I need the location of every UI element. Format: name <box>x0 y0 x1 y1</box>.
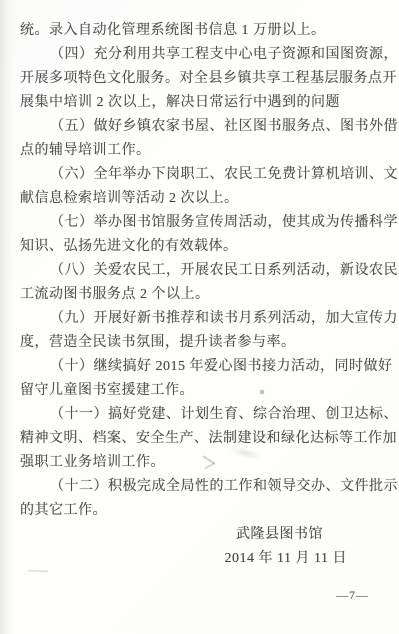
scan-edge-shadow <box>0 0 14 634</box>
doc-line: 开展多项特色文化服务。对全县乡镇共享工程基层服务点开 <box>20 67 380 91</box>
doc-line: 度，营造全民读书氛围，提升读者参与率。 <box>20 331 380 355</box>
doc-line: （四）充分利用共享工程支中心电子资源和国图资源， <box>20 43 380 67</box>
scanned-document-page: 统。录入自动化管理系统图书信息 1 万册以上。 （四）充分利用共享工程支中心电子… <box>0 0 399 634</box>
doc-line: （十）继续搞好 2015 年爱心图书接力活动，同时做好 <box>20 355 380 379</box>
doc-line: 工流动图书服务点 2 个以上。 <box>20 283 380 307</box>
page-number: —7— <box>336 588 369 603</box>
doc-line: （十一）搞好党建、计划生育、综合治理、创卫达标、 <box>20 403 380 427</box>
doc-line: （九）开展好新书推荐和读书月系列活动，加大宣传力 <box>20 307 380 331</box>
doc-line: 献信息检索培训等活动 2 次以上。 <box>20 187 380 211</box>
doc-line: 的其它工作。 <box>20 499 380 523</box>
doc-line: 统。录入自动化管理系统图书信息 1 万册以上。 <box>20 19 380 43</box>
doc-line: 留守儿童图书室援建工作。 <box>20 379 380 403</box>
signature: 武隆县图书馆 <box>20 523 380 547</box>
doc-line: （五）做好乡镇农家书屋、社区图书服务点、图书外借 <box>20 115 380 139</box>
doc-line: 展集中培训 2 次以上，解决日常运行中遇到的问题 <box>20 91 380 115</box>
document-body: 统。录入自动化管理系统图书信息 1 万册以上。 （四）充分利用共享工程支中心电子… <box>20 19 380 571</box>
doc-line: （七）举办图书馆服务宣传周活动，使其成为传播科学 <box>20 211 380 235</box>
doc-line: （十二）积极完成全局性的工作和领导交办、文件批示 <box>20 475 380 499</box>
doc-line: 精神文明、档案、安全生产、法制建设和绿化达标等工作加 <box>20 427 380 451</box>
doc-line: （六）全年举办下岗职工、农民工免费计算机培训、文 <box>20 163 380 187</box>
doc-line: 强职工业务培训工作。 <box>20 451 380 475</box>
date-line: 2014 年 11 月 11 日 <box>20 547 380 571</box>
doc-line: （八）关爱农民工，开展农民工日系列活动，新设农民 <box>20 259 380 283</box>
doc-line: 点的辅导培训工作。 <box>20 139 380 163</box>
doc-line: 知识、弘扬先进文化的有效载体。 <box>20 235 380 259</box>
